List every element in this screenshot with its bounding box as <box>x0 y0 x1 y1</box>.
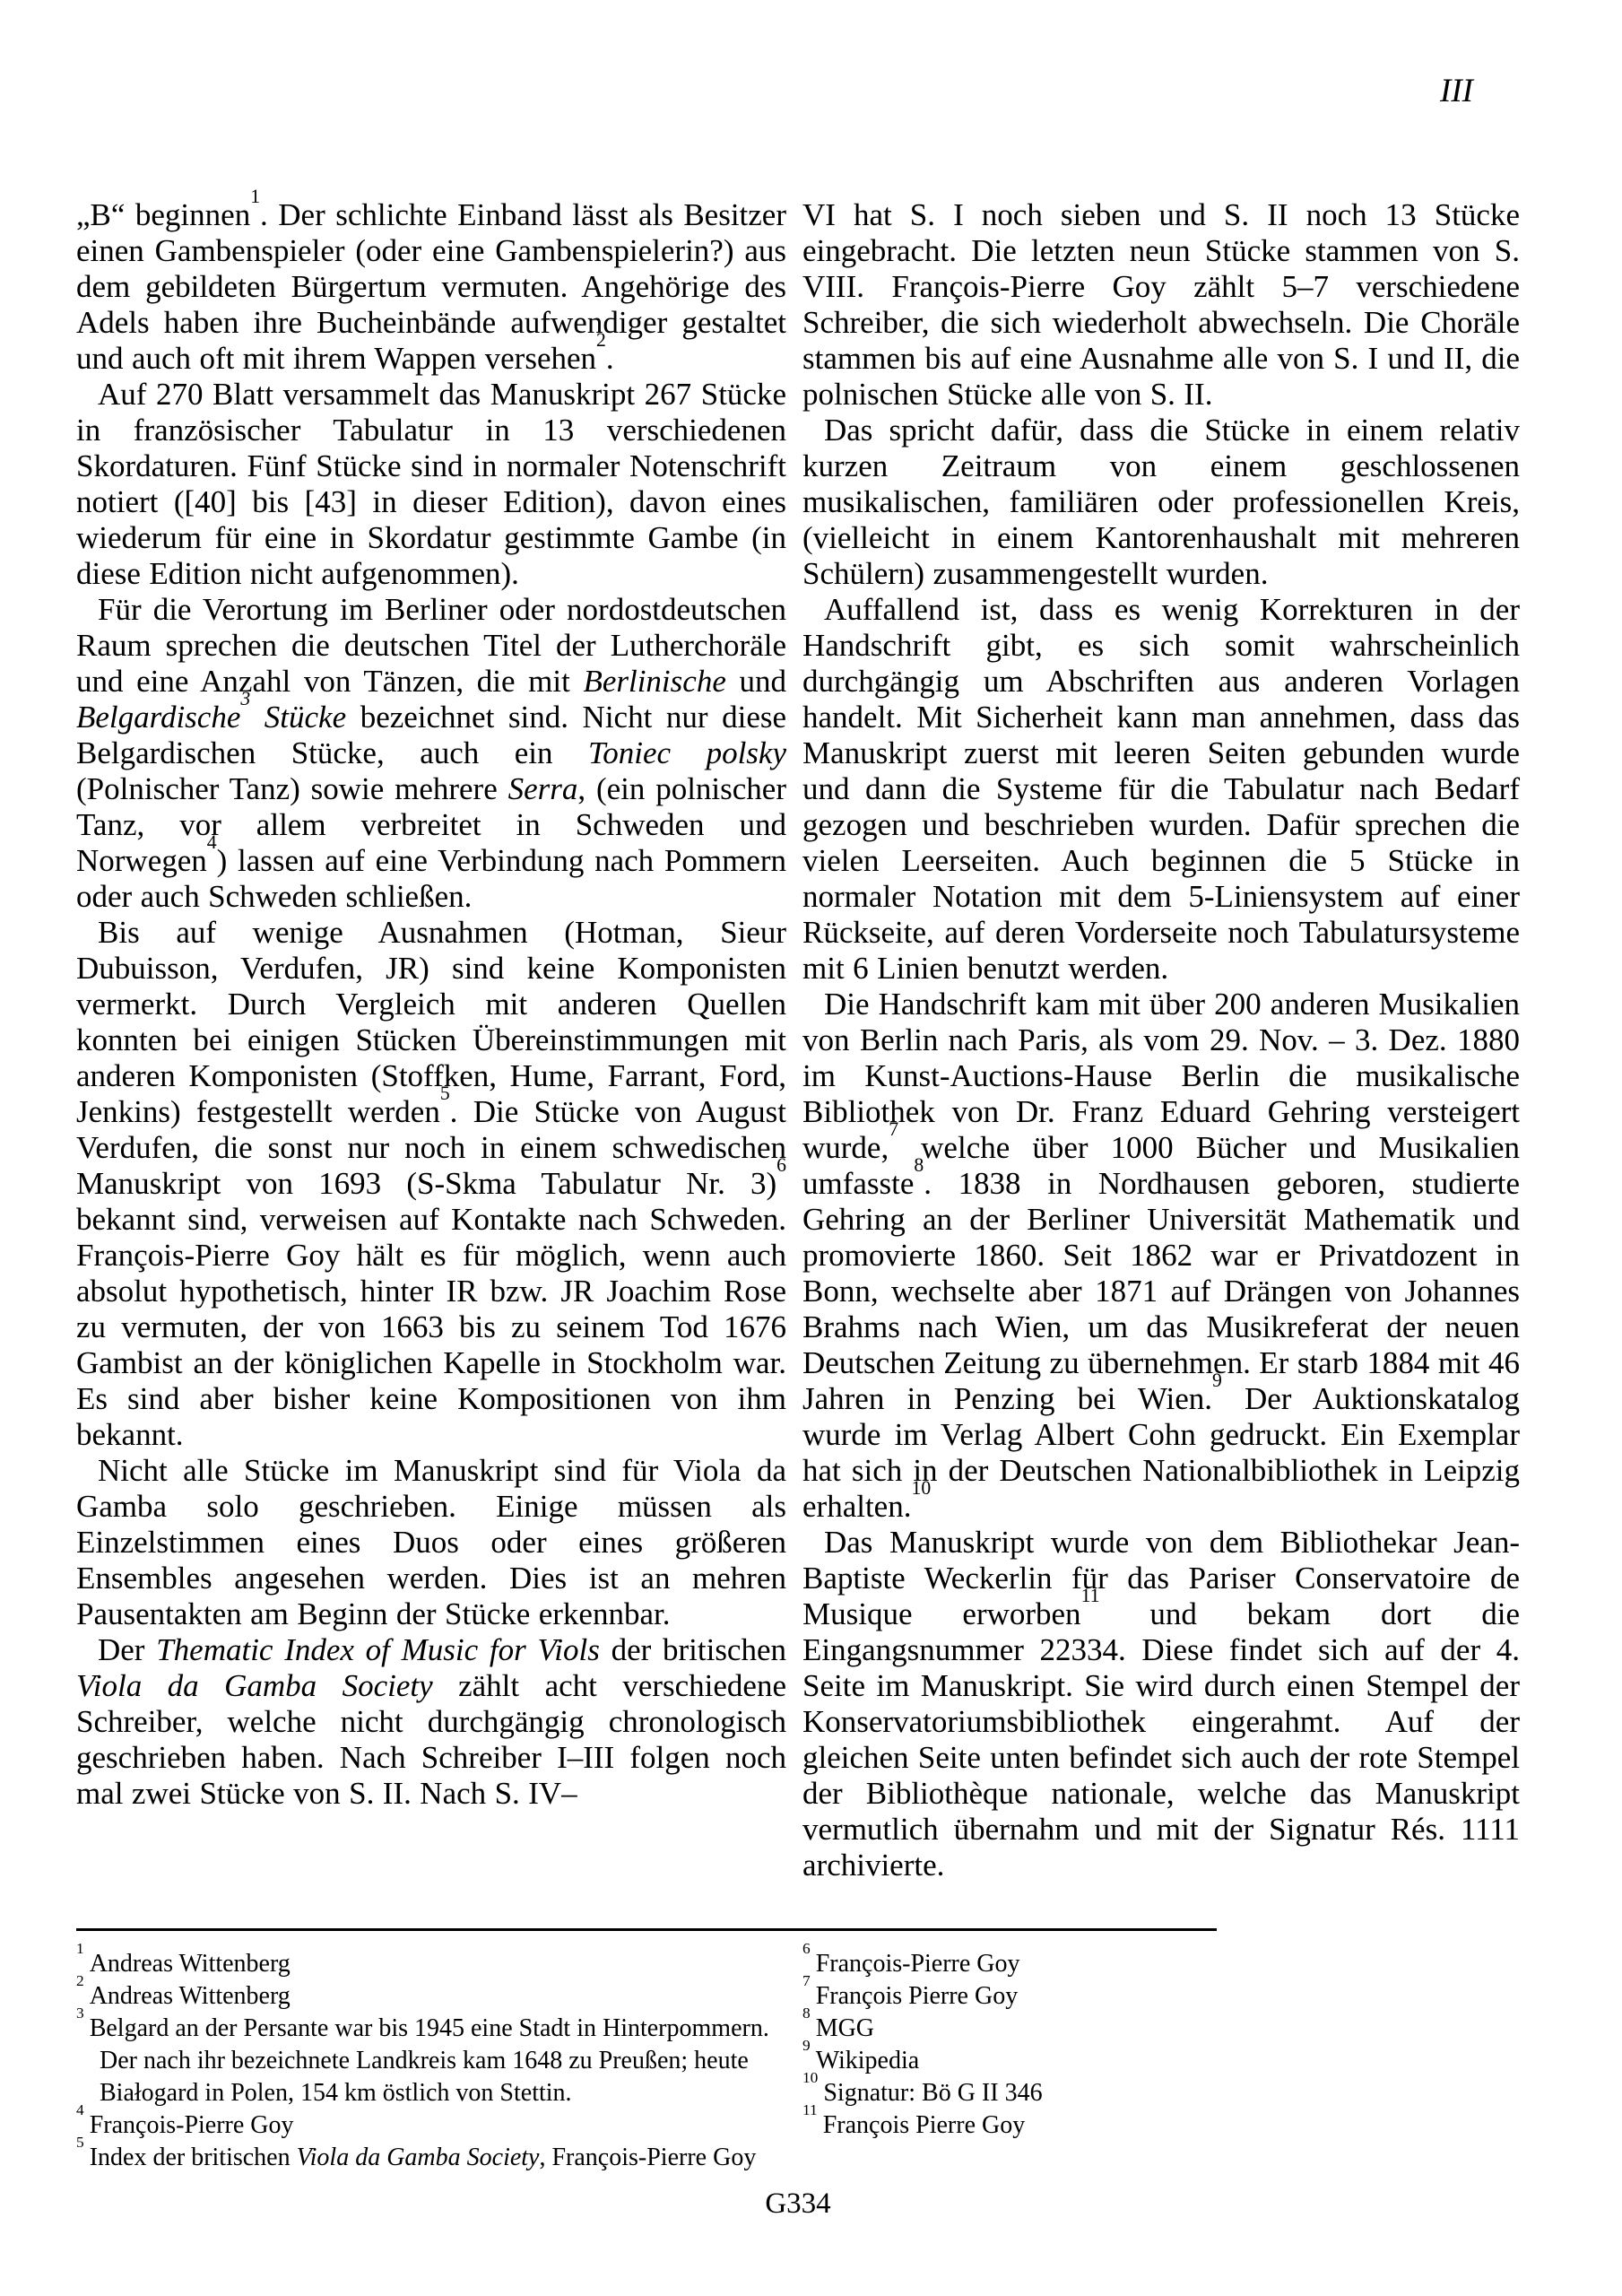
italic-text: Berlinische <box>583 664 725 699</box>
footnotes-right: 6François-Pierre Goy7François Pierre Goy… <box>802 1948 1520 2174</box>
paragraph: Das Manuskript wurde von dem Bibliotheka… <box>802 1525 1520 1883</box>
page-footer-plate-number: G334 <box>76 2187 1520 2221</box>
text-run: Der <box>98 1632 156 1667</box>
text-run: François Pierre Goy <box>816 1982 1019 2010</box>
text-run: VI hat S. I noch sieben und S. II noch 1… <box>802 197 1520 412</box>
text-run: und bekam dort die Eingangsnummer 22334.… <box>802 1596 1520 1883</box>
footnote: 1Andreas Wittenberg <box>76 1948 786 1980</box>
italic-text: Toniec polsky <box>588 735 786 770</box>
footnotes-left: 1Andreas Wittenberg2Andreas Wittenberg3B… <box>76 1948 786 2174</box>
footnote: 9Wikipedia <box>802 2045 1520 2077</box>
superscript-ref: 11 <box>1081 1585 1100 1606</box>
superscript-ref: 8 <box>914 1154 924 1176</box>
footnote-marker: 9 <box>802 2037 811 2054</box>
footnote: 4François-Pierre Goy <box>76 2109 786 2142</box>
paragraph: Nicht alle Stücke im Manuskript sind für… <box>76 1453 786 1632</box>
paragraph: Auf 270 Blatt versammelt das Manuskript … <box>76 377 786 592</box>
italic-text: Stücke <box>265 700 346 735</box>
text-run: François-Pierre Goy <box>90 2111 294 2139</box>
superscript-ref: 10 <box>911 1477 931 1499</box>
superscript-ref: 7 <box>889 1118 898 1140</box>
footnote: 8MGG <box>802 2013 1520 2045</box>
italic-text: Viola da Gamba Society <box>297 2144 540 2171</box>
footnote: 3Belgard an der Persante war bis 1945 ei… <box>76 2013 786 2109</box>
superscript-ref: 9 <box>1212 1370 1222 1391</box>
superscript-ref: 4 <box>207 831 217 853</box>
italic-text: Thematic Index of Music for Viols <box>156 1632 600 1667</box>
text-run: Das spricht dafür, dass die Stücke in ei… <box>802 413 1520 591</box>
text-run: Signatur: Bö G II 346 <box>823 2079 1042 2107</box>
text-run: „B“ beginnen <box>76 197 250 232</box>
footnote: 11François Pierre Goy <box>802 2109 1520 2142</box>
superscript-ref: 6 <box>776 1154 786 1176</box>
paragraph: Das spricht dafür, dass die Stücke in ei… <box>802 413 1520 592</box>
footnote-marker: 11 <box>802 2101 818 2118</box>
footnote: 7François Pierre Goy <box>802 1980 1520 2013</box>
superscript-ref: 2 <box>596 329 606 351</box>
footnote-separator <box>76 1928 1217 1931</box>
footnote: 2Andreas Wittenberg <box>76 1980 786 2013</box>
text-run: François-Pierre Goy <box>816 1950 1020 1978</box>
text-run: bekannt sind, verweisen auf Kontakte nac… <box>76 1202 786 1452</box>
paragraph: Auffallend ist, dass es wenig Korrekture… <box>802 592 1520 987</box>
footnote-marker: 2 <box>76 1972 84 1989</box>
italic-text: Serra <box>508 771 578 806</box>
paragraph: Die Handschrift kam mit über 200 anderen… <box>802 987 1520 1525</box>
superscript-ref: 3 <box>240 688 250 709</box>
text-run: Index der britischen <box>90 2144 297 2171</box>
text-run: . <box>606 341 614 376</box>
footnote: 6François-Pierre Goy <box>802 1948 1520 1980</box>
italic-text: Belgardische <box>76 700 240 735</box>
paragraph: VI hat S. I noch sieben und S. II noch 1… <box>802 197 1520 413</box>
text-run: Wikipedia <box>816 2047 920 2074</box>
text-run: Andreas Wittenberg <box>90 1982 291 2010</box>
text-run: Belgard an der Persante war bis 1945 ein… <box>90 2014 769 2107</box>
text-run: der britischen <box>600 1632 786 1667</box>
page-number: III <box>76 74 1473 109</box>
footnote-marker: 5 <box>76 2134 84 2151</box>
italic-text: Viola da Gamba Society <box>76 1668 433 1703</box>
footnote-marker: 7 <box>802 1972 811 1989</box>
text-run: . 1838 in Nordhausen geboren, studierte … <box>802 1166 1520 1416</box>
document-page: III „B“ beginnen1. Der schlichte Einband… <box>0 0 1622 2296</box>
footnote-marker: 1 <box>76 1940 84 1957</box>
text-run: Nicht alle Stücke im Manuskript sind für… <box>76 1453 786 1631</box>
superscript-ref: 1 <box>250 186 260 207</box>
column-left: „B“ beginnen1. Der schlichte Einband läs… <box>76 197 786 1883</box>
column-right: VI hat S. I noch sieben und S. II noch 1… <box>802 197 1520 1883</box>
text-run: François Pierre Goy <box>823 2111 1026 2139</box>
paragraph: Bis auf wenige Ausnahmen (Hotman, Sieur … <box>76 915 786 1453</box>
text-run: und <box>726 664 786 699</box>
footnote-marker: 10 <box>802 2069 818 2086</box>
superscript-ref: 5 <box>440 1083 450 1104</box>
text-run: MGG <box>816 2014 874 2042</box>
footnote: 5Index der britischen Viola da Gamba Soc… <box>76 2142 786 2174</box>
footnote-marker: 6 <box>802 1940 811 1957</box>
italic-text <box>250 700 265 735</box>
footnote-marker: 3 <box>76 2005 84 2022</box>
text-columns: „B“ beginnen1. Der schlichte Einband läs… <box>76 197 1520 1883</box>
text-run: Auffallend ist, dass es wenig Korrekture… <box>802 592 1520 986</box>
footnotes-section: 1Andreas Wittenberg2Andreas Wittenberg3B… <box>76 1928 1520 2174</box>
footnote: 10Signatur: Bö G II 346 <box>802 2077 1520 2109</box>
paragraph: Für die Verortung im Berliner oder nordo… <box>76 592 786 915</box>
text-run: Andreas Wittenberg <box>90 1950 291 1978</box>
footnote-marker: 4 <box>76 2101 84 2118</box>
text-run: Auf 270 Blatt versammelt das Manuskript … <box>76 377 786 591</box>
footnote-marker: 8 <box>802 2005 811 2022</box>
paragraph: Der Thematic Index of Music for Viols de… <box>76 1632 786 1812</box>
text-run: , François-Pierre Goy <box>539 2144 756 2171</box>
text-run: (Polnischer Tanz) sowie mehrere <box>76 771 508 806</box>
footnote-columns: 1Andreas Wittenberg2Andreas Wittenberg3B… <box>76 1948 1520 2174</box>
paragraph: „B“ beginnen1. Der schlichte Einband läs… <box>76 197 786 377</box>
